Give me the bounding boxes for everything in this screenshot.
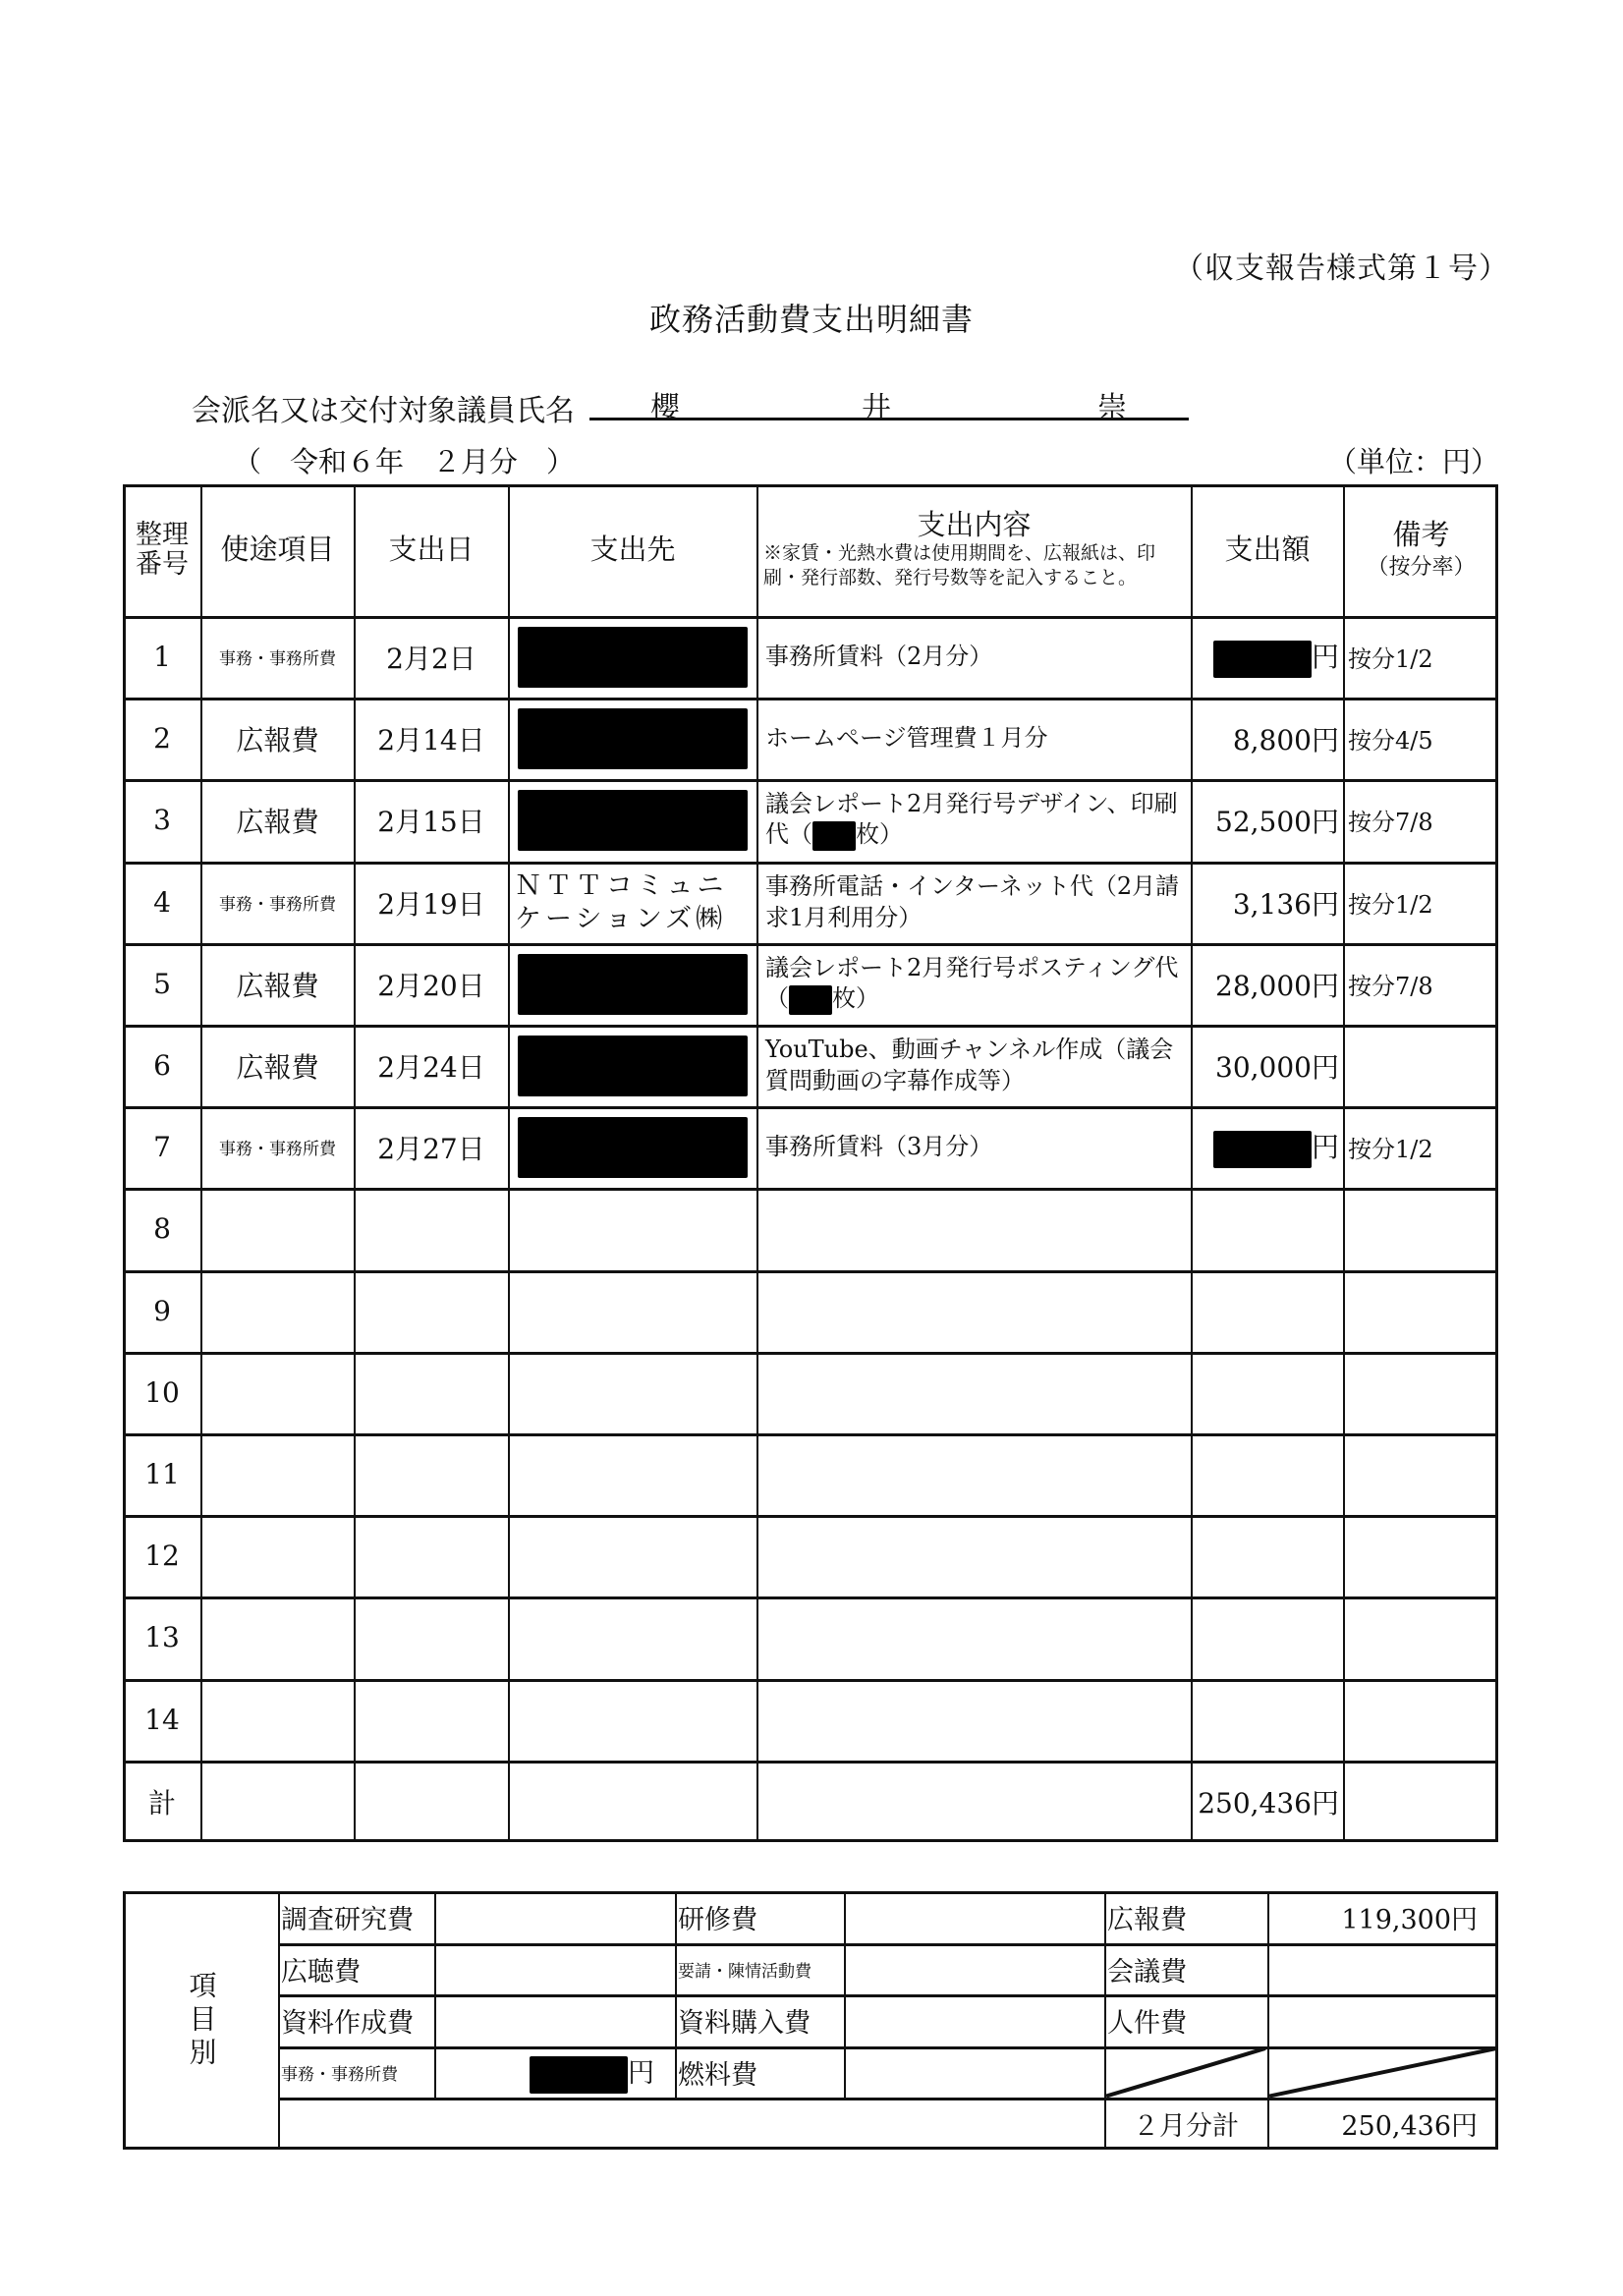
row-category: 広報費 — [203, 698, 352, 779]
row-date — [357, 1352, 506, 1433]
row-category: 事務・事務所費 — [203, 1106, 352, 1188]
row-content — [759, 1188, 1189, 1269]
row-payee — [511, 616, 755, 698]
row-amount-text: 8,800円 — [1233, 719, 1339, 758]
row-payee — [511, 1596, 755, 1678]
row-remarks — [1346, 1433, 1496, 1515]
row-amount — [1194, 1596, 1341, 1678]
row-category — [203, 1679, 352, 1761]
payee-redaction — [518, 1036, 748, 1096]
row-date — [357, 1515, 506, 1596]
payee-redaction — [518, 954, 748, 1015]
row-content — [759, 1270, 1189, 1352]
row-category — [203, 1352, 352, 1433]
summary-side-label: 項目別 — [126, 1891, 276, 2150]
row-date — [357, 1188, 506, 1269]
row-remarks: 按分1/2 — [1346, 1106, 1496, 1188]
header-payee: 支出先 — [511, 484, 755, 616]
row-number: 9 — [126, 1270, 198, 1352]
summary-item-value: 円 — [437, 2046, 672, 2099]
row-payee — [511, 1188, 755, 1269]
row-amount-text: 円 — [1213, 1126, 1339, 1168]
column-divider — [756, 484, 758, 1842]
row-content — [759, 1352, 1189, 1433]
redaction-block — [1213, 1131, 1312, 1168]
row-number: 3 — [126, 779, 198, 861]
member-name-label: 会派名又は交付対象議員氏名 — [192, 386, 575, 429]
payee-redaction — [518, 627, 748, 688]
row-payee — [511, 698, 755, 779]
summary-item-value-text: 119,300円 — [1341, 1898, 1478, 1936]
row-content — [759, 1596, 1189, 1678]
row-payee — [511, 1025, 755, 1106]
row-content: ホームページ管理費１月分 — [759, 698, 1189, 779]
row-amount: 3,136円 — [1194, 862, 1341, 943]
row-date: 2月19日 — [357, 862, 506, 943]
summary-item-value — [437, 1891, 672, 1943]
row-date: 2月27日 — [357, 1106, 506, 1188]
total-amount: 250,436円 — [1194, 1761, 1341, 1842]
row-number: 4 — [126, 862, 198, 943]
row-payee — [511, 943, 755, 1025]
row-amount: 30,000円 — [1194, 1025, 1341, 1106]
summary-column-divider — [1267, 1891, 1269, 2150]
summary-item-value — [847, 1943, 1101, 1995]
row-amount-text: 円 — [1213, 636, 1339, 678]
row-remarks — [1346, 1025, 1496, 1106]
row-date — [357, 1596, 506, 1678]
row-amount: 円 — [1194, 616, 1341, 698]
row-category: 事務・事務所費 — [203, 616, 352, 698]
summary-item-label: 広聴費 — [281, 1943, 431, 1995]
summary-item-value — [847, 1994, 1101, 2046]
row-payee — [511, 1270, 755, 1352]
row-category — [203, 1188, 352, 1269]
header-date: 支出日 — [357, 484, 506, 616]
summary-item-value — [847, 1891, 1101, 1943]
month-total-value: 250,436円 — [1270, 2098, 1495, 2150]
row-content — [759, 1515, 1189, 1596]
row-remarks — [1346, 1188, 1496, 1269]
column-divider — [1191, 484, 1193, 1842]
summary-item-label: 人件費 — [1107, 1994, 1264, 2046]
row-content: 事務所電話・インターネット代（2月請求1月利用分） — [759, 862, 1189, 943]
row-amount-text: 3,136円 — [1233, 883, 1339, 923]
row-number: 14 — [126, 1679, 198, 1761]
payee-redaction — [518, 708, 748, 769]
currency-unit: （単位：円） — [1328, 440, 1499, 480]
row-category — [203, 1433, 352, 1515]
summary-item-value — [1270, 1994, 1495, 2046]
row-content — [759, 1679, 1189, 1761]
header-remarks: 備考（按分率） — [1346, 484, 1496, 616]
summary-item-value — [1270, 1943, 1495, 1995]
summary-item-value: 119,300円 — [1270, 1891, 1495, 1943]
row-category — [203, 1596, 352, 1678]
header-number: 整理番号 — [126, 484, 198, 616]
not-applicable-slash — [1267, 2046, 1498, 2099]
row-number: 6 — [126, 1025, 198, 1106]
row-remarks — [1346, 1596, 1496, 1678]
summary-item-value — [437, 1943, 672, 1995]
row-content-text: 事務所賃料（3月分） — [765, 1132, 992, 1162]
summary-item-value — [847, 2046, 1101, 2099]
summary-item-value — [437, 1994, 672, 2046]
row-remarks: 按分7/8 — [1346, 779, 1496, 861]
row-content: YouTube、動画チャンネル作成（議会質問動画の字幕作成等） — [759, 1025, 1189, 1106]
row-amount — [1194, 1515, 1341, 1596]
row-date: 2月14日 — [357, 698, 506, 779]
row-content: 議会レポート2月発行号ポスティング代（枚） — [759, 943, 1189, 1025]
column-divider — [1343, 484, 1345, 1842]
row-category — [203, 1515, 352, 1596]
summary-item-label: 資料購入費 — [678, 1994, 841, 2046]
row-content-text: YouTube、動画チャンネル作成（議会質問動画の字幕作成等） — [765, 1035, 1183, 1095]
row-number: 10 — [126, 1352, 198, 1433]
member-name-underline — [589, 418, 1189, 420]
row-number: 1 — [126, 616, 198, 698]
row-amount-text: 52,500円 — [1215, 801, 1339, 840]
row-content-text: ホームページ管理費１月分 — [765, 723, 1048, 754]
row-content: 議会レポート2月発行号デザイン、印刷代（枚） — [759, 779, 1189, 861]
summary-item-label: 事務・事務所費 — [281, 2046, 431, 2099]
header-category: 使途項目 — [203, 484, 352, 616]
summary-item-label: 要請・陳情活動費 — [678, 1943, 841, 1995]
row-remarks: 按分1/2 — [1346, 616, 1496, 698]
row-remarks: 按分1/2 — [1346, 862, 1496, 943]
row-category: 事務・事務所費 — [203, 862, 352, 943]
row-content-text: 事務所賃料（2月分） — [765, 642, 992, 672]
row-category — [203, 1270, 352, 1352]
document-title: 政務活動費支出明細書 — [0, 295, 1623, 340]
redaction-block — [1213, 641, 1312, 678]
row-date: 2月15日 — [357, 779, 506, 861]
column-divider — [354, 484, 356, 1842]
row-remarks — [1346, 1270, 1496, 1352]
summary-item-label: 資料作成費 — [281, 1994, 431, 2046]
row-amount — [1194, 1352, 1341, 1433]
row-payee — [511, 779, 755, 861]
summary-item-label: 燃料費 — [678, 2046, 841, 2099]
row-amount-text: 30,000円 — [1215, 1046, 1339, 1086]
row-number: 7 — [126, 1106, 198, 1188]
header-remarks-subtitle: （按分率） — [1367, 550, 1475, 581]
redaction-block — [530, 2056, 628, 2094]
row-number: 2 — [126, 698, 198, 779]
row-date: 2月20日 — [357, 943, 506, 1025]
month-total-label: ２月分計 — [1107, 2098, 1264, 2150]
row-payee — [511, 1433, 755, 1515]
row-amount — [1194, 1433, 1341, 1515]
row-content: 事務所賃料（3月分） — [759, 1106, 1189, 1188]
row-amount — [1194, 1188, 1341, 1269]
row-amount: 8,800円 — [1194, 698, 1341, 779]
row-date — [357, 1270, 506, 1352]
summary-item-value-text: 円 — [530, 2051, 654, 2094]
row-date: 2月2日 — [357, 616, 506, 698]
header-remarks-title: 備考 — [1392, 520, 1449, 551]
summary-item-label: 調査研究費 — [281, 1891, 431, 1943]
row-remarks — [1346, 1515, 1496, 1596]
row-amount: 28,000円 — [1194, 943, 1341, 1025]
row-category: 広報費 — [203, 779, 352, 861]
summary-item-label: 研修費 — [678, 1891, 841, 1943]
row-number: 12 — [126, 1515, 198, 1596]
row-payee — [511, 1679, 755, 1761]
row-date — [357, 1679, 506, 1761]
redaction-block — [789, 985, 832, 1015]
summary-column-divider — [1104, 1891, 1106, 2150]
row-date — [357, 1433, 506, 1515]
row-payee — [511, 1515, 755, 1596]
row-content: 事務所賃料（2月分） — [759, 616, 1189, 698]
header-content: 支出内容※家賃・光熱水費は使用期間を、広報紙は、印刷・発行部数、発行号数等を記入… — [759, 484, 1189, 616]
row-amount: 52,500円 — [1194, 779, 1341, 861]
row-amount — [1194, 1679, 1341, 1761]
row-payee — [511, 1352, 755, 1433]
row-number: 8 — [126, 1188, 198, 1269]
column-divider — [200, 484, 202, 1842]
redaction-block — [812, 821, 856, 851]
header-content-note: ※家賃・光熱水費は使用期間を、広報紙は、印刷・発行部数、発行号数等を記入すること… — [759, 541, 1189, 589]
summary-item-label: 広報費 — [1107, 1891, 1264, 1943]
report-period: （ 令和６年 ２月分 ） — [233, 440, 575, 480]
row-remarks: 按分7/8 — [1346, 943, 1496, 1025]
row-content — [759, 1433, 1189, 1515]
row-amount: 円 — [1194, 1106, 1341, 1188]
row-content-text: 議会レポート2月発行号デザイン、印刷代（枚） — [765, 789, 1183, 851]
summary-item-label: 会議費 — [1107, 1943, 1264, 1995]
row-remarks — [1346, 1679, 1496, 1761]
column-divider — [508, 484, 510, 1842]
row-content-text: 議会レポート2月発行号ポスティング代（枚） — [765, 953, 1183, 1015]
header-content-title: 支出内容 — [759, 510, 1189, 541]
row-remarks — [1346, 1352, 1496, 1433]
row-payee: ＮＴＴコミュニケーションズ㈱ — [511, 862, 755, 943]
payee-redaction — [518, 1117, 748, 1178]
summary-column-divider — [278, 1891, 280, 2150]
row-category: 広報費 — [203, 1025, 352, 1106]
row-category: 広報費 — [203, 943, 352, 1025]
row-amount — [1194, 1270, 1341, 1352]
row-content-text: 事務所電話・インターネット代（2月請求1月利用分） — [765, 871, 1183, 932]
total-label: 計 — [126, 1761, 198, 1842]
payee-redaction — [518, 790, 748, 851]
row-amount-text: 28,000円 — [1215, 965, 1339, 1004]
row-number: 5 — [126, 943, 198, 1025]
row-date: 2月24日 — [357, 1025, 506, 1106]
summary-side-label-text: 項目別 — [182, 1971, 221, 2071]
header-amount: 支出額 — [1194, 484, 1341, 616]
form-number: （収支報告様式第１号） — [1174, 244, 1509, 287]
row-number: 11 — [126, 1433, 198, 1515]
row-payee — [511, 1106, 755, 1188]
not-applicable-slash — [1104, 2046, 1267, 2099]
row-number: 13 — [126, 1596, 198, 1678]
row-remarks: 按分4/5 — [1346, 698, 1496, 779]
